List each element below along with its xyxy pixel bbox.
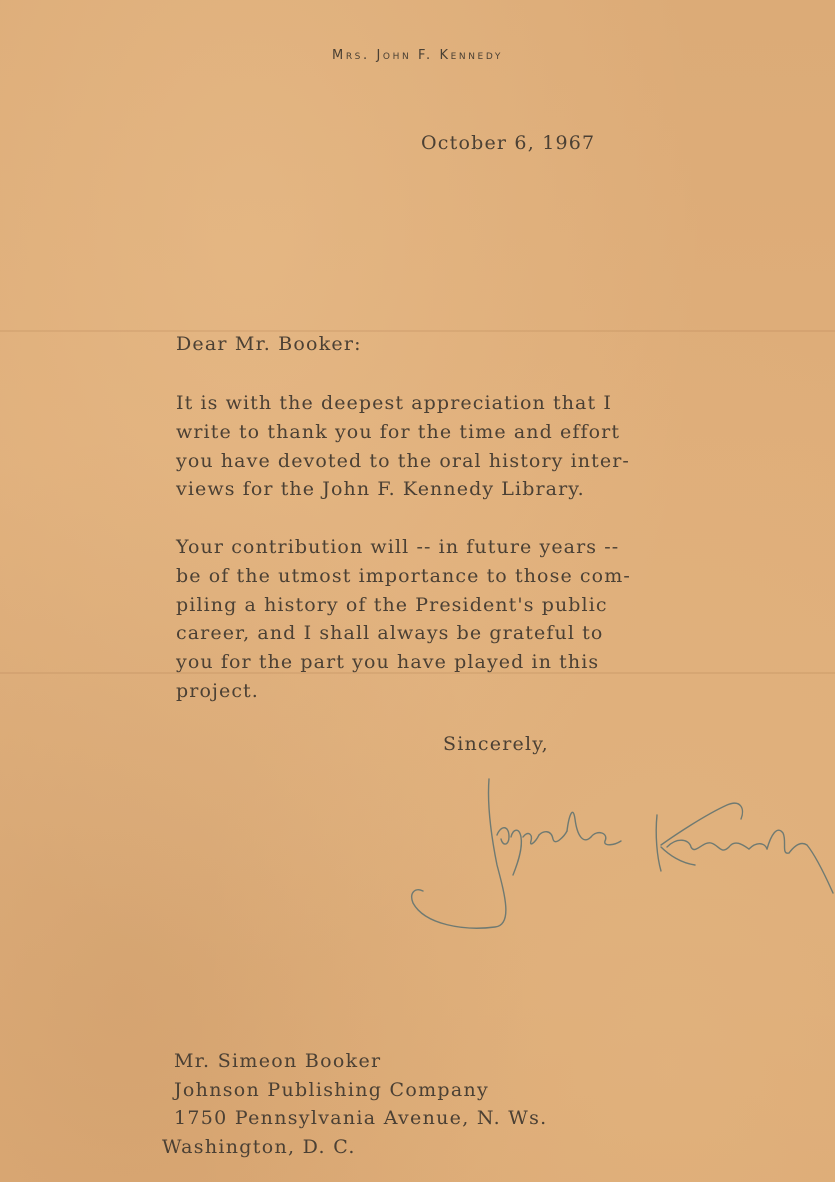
paper-fold-line [0, 330, 835, 332]
paragraph-line: you have devoted to the oral history int… [176, 447, 736, 476]
letterhead: Mrs. John F. Kennedy [0, 48, 835, 63]
paragraph-line: Your contribution will -- in future year… [176, 533, 736, 562]
paragraph-line: piling a history of the President's publ… [176, 591, 736, 620]
letter-date: October 6, 1967 [421, 132, 595, 154]
recipient-address: Mr. Simeon Booker Johnson Publishing Com… [162, 1047, 547, 1161]
closing: Sincerely, [443, 733, 549, 755]
paragraph-line: be of the utmost importance to those com… [176, 562, 736, 591]
body-paragraph-2: Your contribution will -- in future year… [176, 533, 736, 706]
paragraph-line: you for the part you have played in this [176, 648, 736, 677]
paragraph-line: views for the John F. Kennedy Library. [176, 475, 736, 504]
recipient-name: Mr. Simeon Booker [162, 1047, 547, 1076]
paragraph-line: career, and I shall always be grateful t… [176, 619, 736, 648]
recipient-street: 1750 Pennsylvania Avenue, N. Ws. [162, 1104, 547, 1133]
paragraph-line: It is with the deepest appreciation that… [176, 389, 736, 418]
handwritten-signature [405, 775, 835, 935]
body-paragraph-1: It is with the deepest appreciation that… [176, 389, 736, 504]
recipient-company: Johnson Publishing Company [162, 1076, 547, 1105]
salutation: Dear Mr. Booker: [176, 333, 362, 355]
paragraph-line: project. [176, 677, 736, 706]
signature-icon [405, 775, 835, 935]
paragraph-line: write to thank you for the time and effo… [176, 418, 736, 447]
recipient-city: Washington, D. C. [162, 1133, 547, 1162]
